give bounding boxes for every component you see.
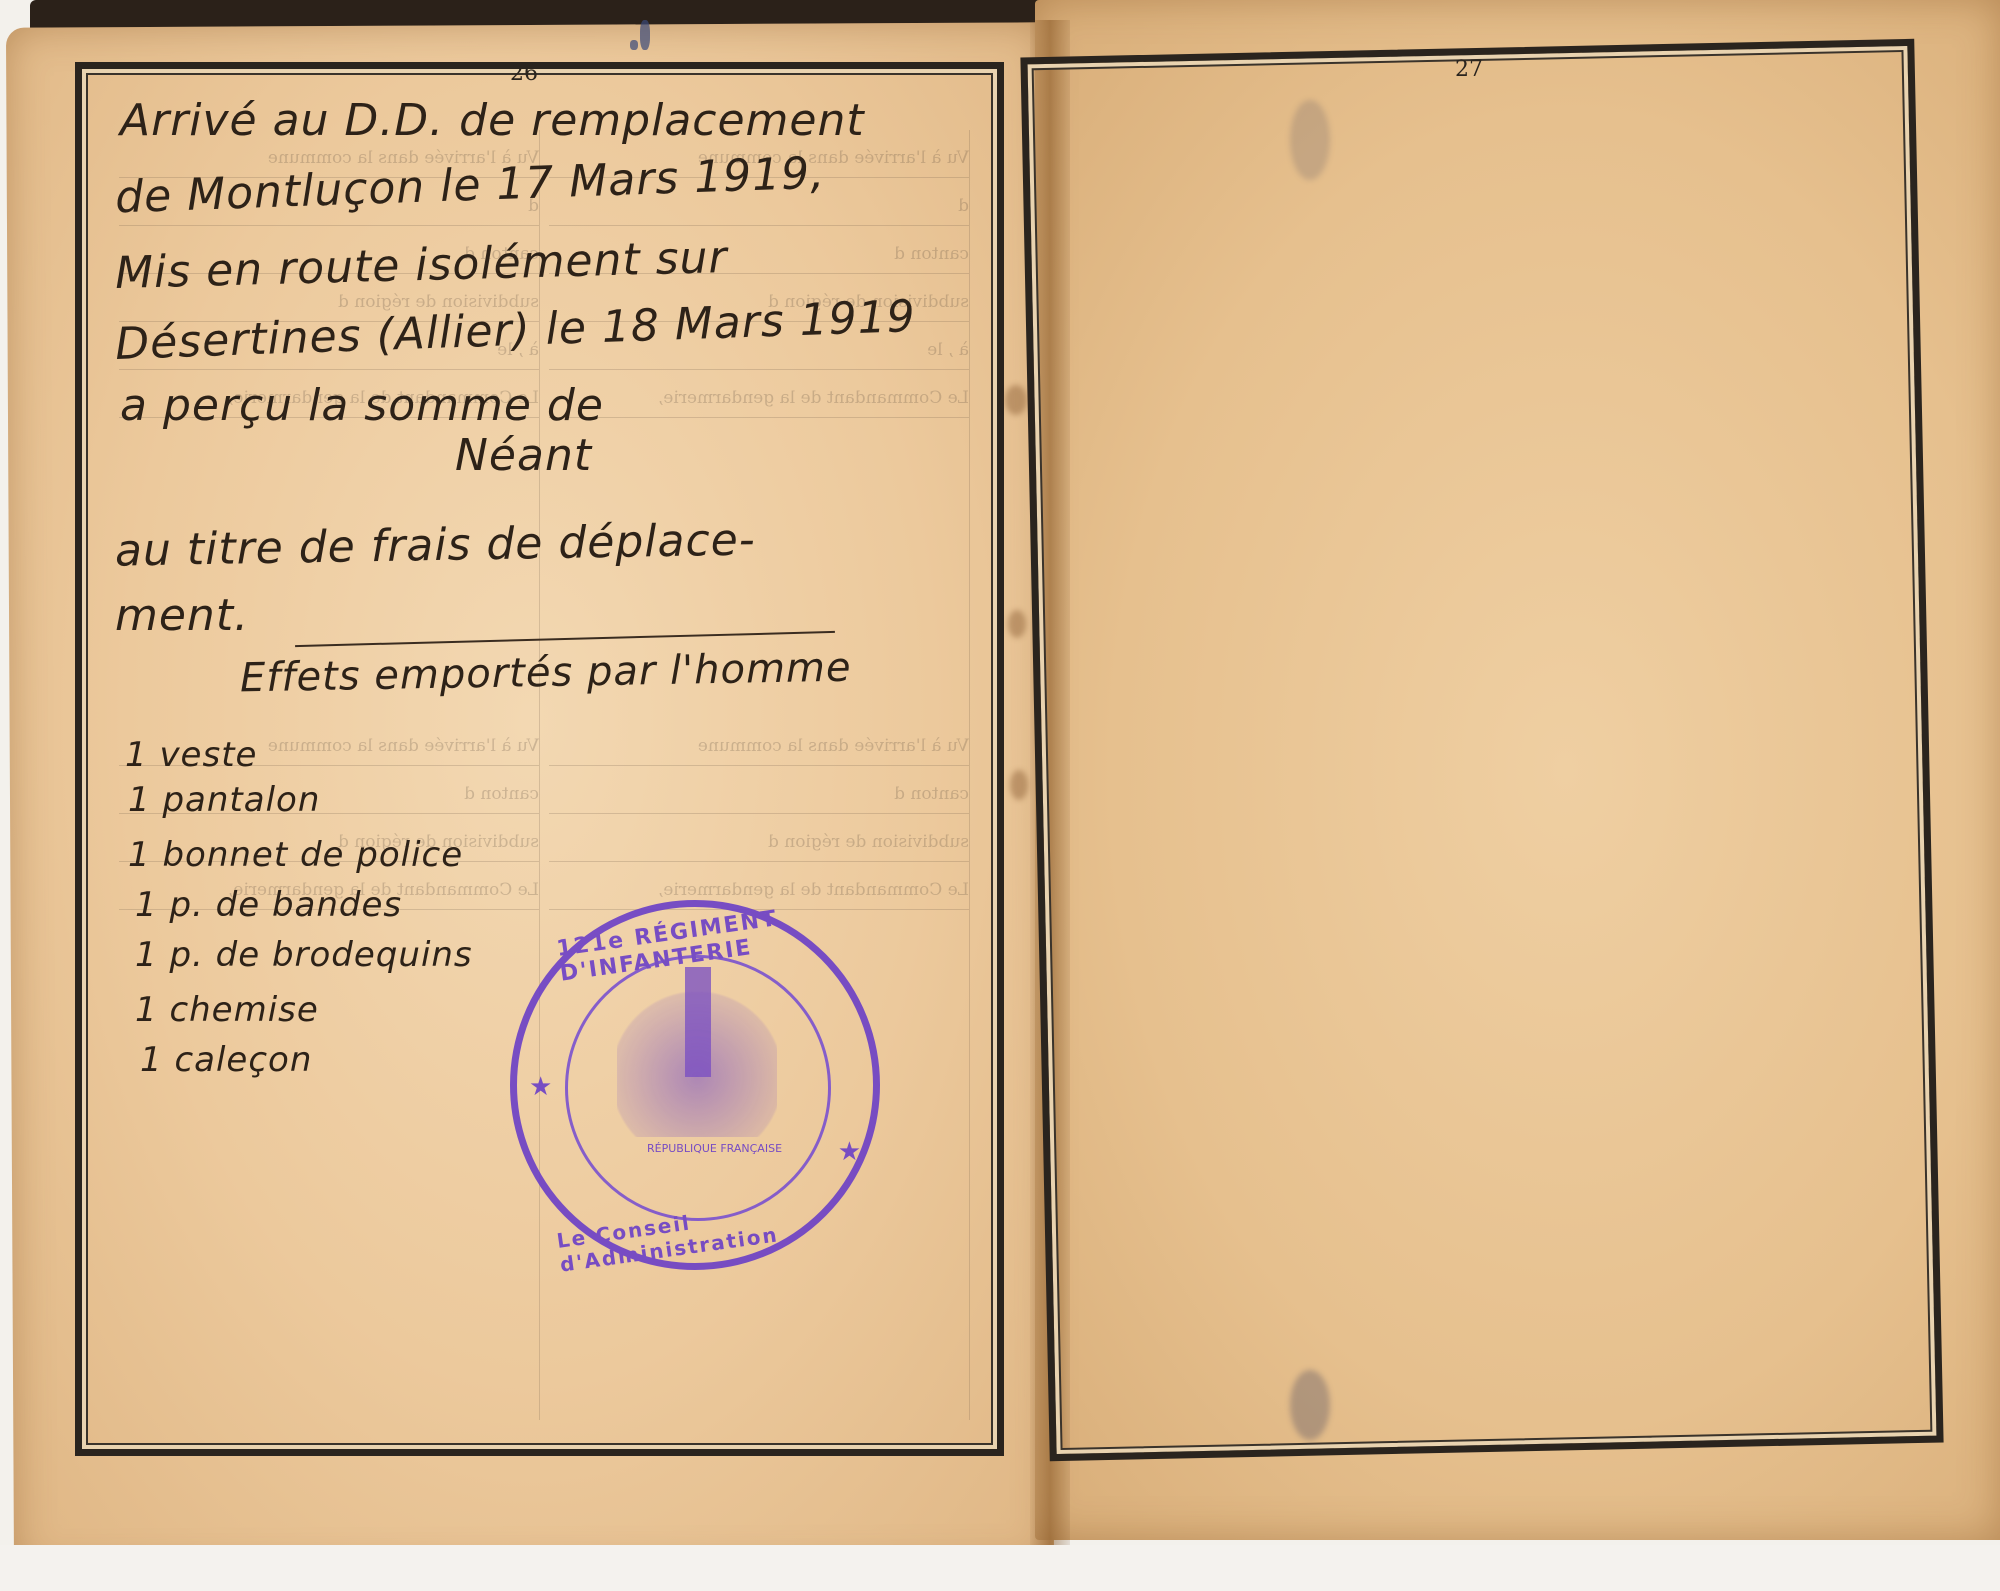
right-page-border [1020,39,1943,1461]
stamp-caption: RÉPUBLIQUE FRANÇAISE [647,1142,782,1155]
stain [1005,385,1027,415]
stamp-star-icon: ★ [838,1137,861,1167]
background-surface [0,1545,2000,1591]
stain [1290,100,1330,180]
ink-spot [630,40,638,50]
ink-spot [640,20,650,50]
stamp-star-icon: ★ [529,1072,552,1102]
page-number-left: 26 [500,61,548,86]
page-number-right: 27 [1445,57,1493,82]
effects-item: 1 veste [125,735,257,775]
effects-item: 1 bonnet de police [128,835,463,875]
effects-item: 1 caleçon [140,1040,312,1080]
handwritten-line: a perçu la somme de [120,380,604,431]
regiment-stamp: 121e RÉGIMENT D'INFANTERIE Le Conseil d'… [510,900,880,1270]
handwritten-line: Arrivé au D.D. de remplacement [120,95,865,146]
stain [1010,770,1028,800]
handwritten-amount: Néant [455,430,592,481]
stain [1290,1370,1330,1440]
handwritten-line: ment. [115,590,249,641]
effects-item: 1 pantalon [128,780,320,820]
effects-item: 1 p. de brodequins [135,935,473,975]
effects-item: 1 p. de bandes [135,885,402,925]
stain [1008,610,1026,638]
open-booklet: Vu à l'arrivée dans la commune d canton … [0,0,2000,1591]
stamp-monument-icon [685,967,711,1077]
effects-item: 1 chemise [135,990,319,1030]
